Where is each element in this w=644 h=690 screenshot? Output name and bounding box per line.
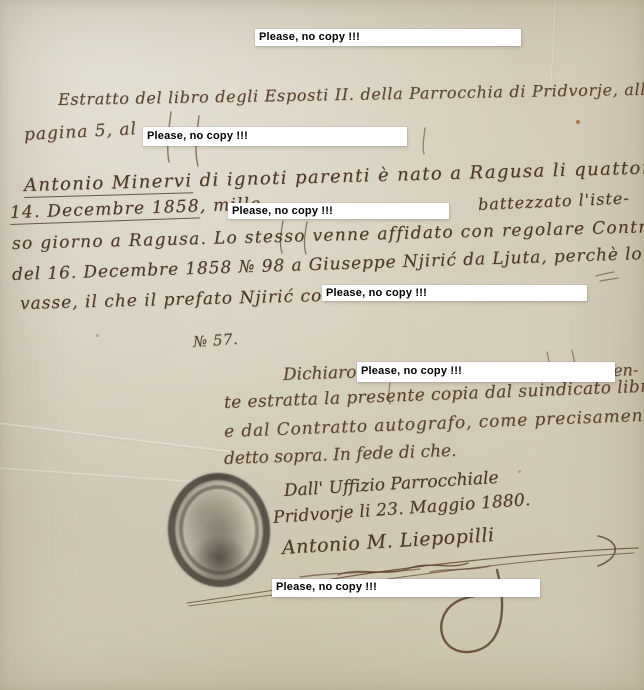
peek-stroke	[423, 128, 425, 154]
peek-stroke	[430, 566, 490, 572]
manuscript-line-4-end: battezzato l'iste-	[478, 188, 630, 214]
signature-line: Antonio M. Liepopilli	[281, 524, 495, 559]
diagonal-stroke	[189, 594, 280, 606]
peek-stroke	[596, 272, 614, 276]
watermark-text: Please, no copy !!!	[357, 362, 615, 377]
no-copy-watermark-6: Please, no copy !!!	[272, 579, 540, 597]
underlined-date: 14. Decembre 1858	[10, 196, 201, 225]
manuscript-line-12: detto sopra. In fede di che.	[224, 441, 457, 469]
watermark-text: Please, no copy !!!	[255, 29, 521, 43]
paper-speck	[518, 470, 521, 473]
watermark-text: Please, no copy !!!	[143, 127, 407, 142]
manuscript-line-7: vasse, il che il prefato Njirić co	[20, 286, 323, 314]
signature-paraph-close	[598, 536, 615, 566]
manuscript-line-1: Estratto del libro degli Esposti II. del…	[58, 80, 644, 109]
act-number: № 57.	[192, 330, 238, 351]
scanned-document: Estratto del libro degli Esposti II. del…	[0, 0, 644, 690]
paper-speck	[96, 334, 99, 337]
watermark-text: Please, no copy !!!	[272, 579, 540, 593]
no-copy-watermark-1: Please, no copy !!!	[255, 29, 521, 46]
paper-crease	[551, 0, 558, 90]
watermark-text: Please, no copy !!!	[322, 285, 587, 299]
paper-speck	[576, 120, 580, 124]
no-copy-watermark-2: Please, no copy !!!	[143, 127, 407, 146]
parish-seal-stamp	[163, 469, 275, 591]
no-copy-watermark-3: Please, no copy !!!	[228, 203, 449, 219]
peek-stroke	[300, 569, 420, 577]
peek-stroke	[600, 278, 618, 281]
manuscript-line-3-rest: di ignoti parenti è nato a Ragusa li qua…	[192, 156, 644, 191]
manuscript-line-3: Antonio Minervi di ignoti parenti è nato…	[24, 156, 644, 196]
paper-crease	[0, 420, 239, 455]
signature-scribble	[338, 563, 468, 575]
watermark-text: Please, no copy !!!	[228, 203, 449, 217]
diagonal-stroke	[187, 589, 282, 603]
no-copy-watermark-4: Please, no copy !!!	[322, 285, 587, 301]
underlined-name: Antonio Minervi	[24, 170, 193, 198]
no-copy-watermark-5: Please, no copy !!!	[357, 362, 615, 382]
manuscript-line-2: pagina 5, al	[23, 119, 137, 145]
manuscript-line-4: 14. Decembre 1858, mille	[10, 194, 262, 223]
